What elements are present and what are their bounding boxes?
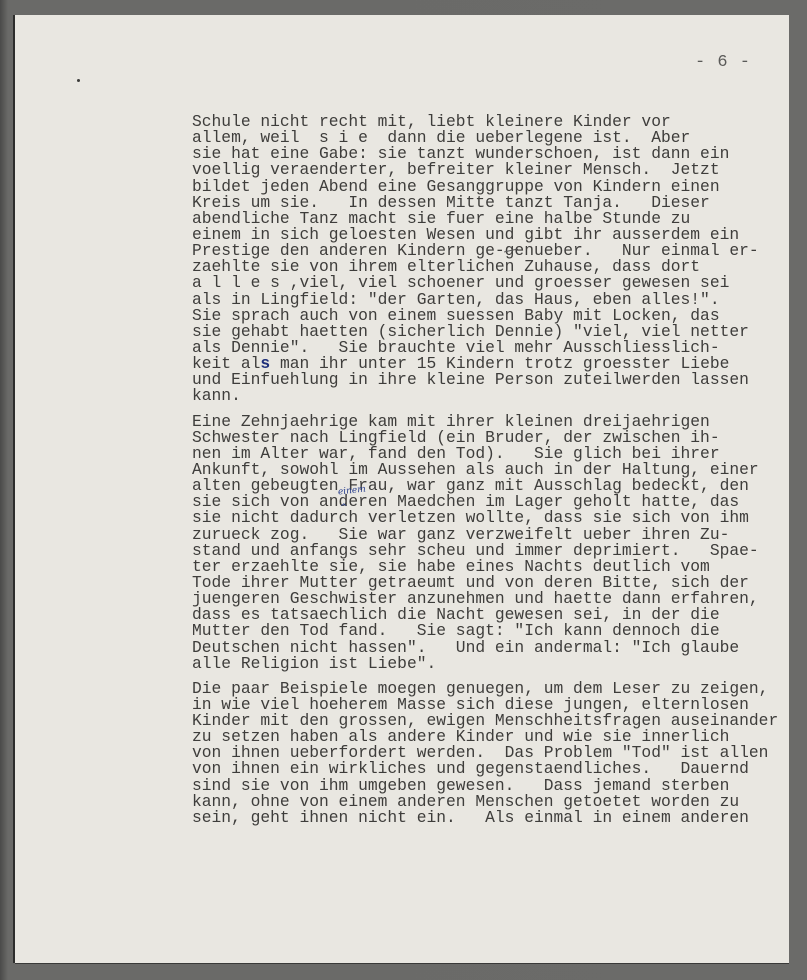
text-line: kann.	[192, 388, 792, 404]
page-number: - 6 -	[695, 53, 751, 72]
strikethrough-mark	[504, 249, 518, 253]
text-line: alle Religion ist Liebe".	[192, 656, 792, 672]
document-body: Schule nicht recht mit, liebt kleinere K…	[192, 114, 792, 835]
paragraph: Die paar Beispiele moegen genuegen, um d…	[192, 681, 792, 826]
text-line: sein, geht ihnen nicht ein. Als einmal i…	[192, 810, 792, 826]
handwritten-insertion: einem	[338, 486, 367, 498]
paragraph: Schule nicht recht mit, liebt kleinere K…	[192, 114, 792, 405]
margin-speck	[77, 79, 80, 82]
text-line: und Einfuehlung in ihre kleine Person zu…	[192, 372, 792, 388]
paragraph: Eine Zehnjaehrige kam mit ihrer kleinen …	[192, 414, 792, 672]
